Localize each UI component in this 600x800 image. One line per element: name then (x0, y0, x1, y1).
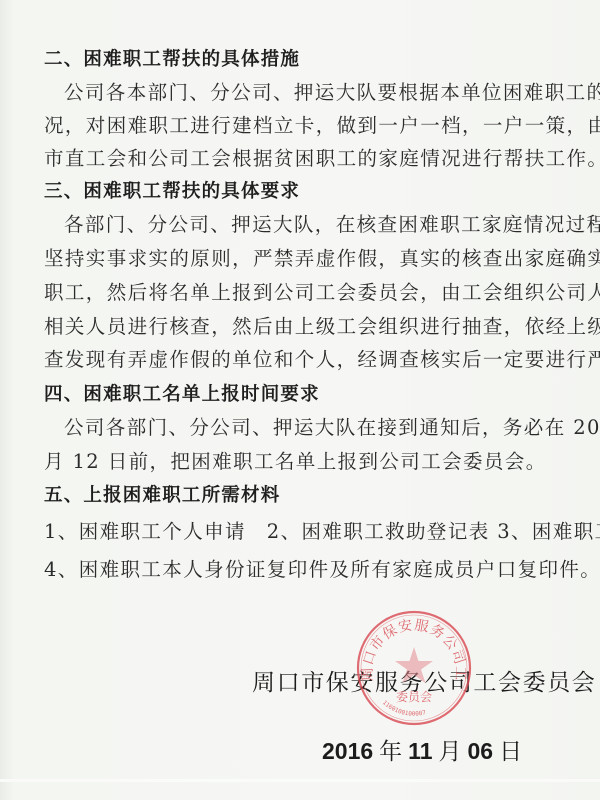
section-heading-5: 五、上报困难职工所需材料 (44, 484, 574, 508)
paragraph-line: 坚持实事求实的原则，严禁弄虚作假，真实的核查出家庭确实困难的 (44, 247, 574, 271)
scan-artifact-line (0, 779, 600, 782)
seal-lower-text: 委员会 (396, 690, 432, 704)
date-month: 11 (408, 738, 432, 764)
date-month-char: 月 (439, 739, 462, 765)
paragraph-line: 市直工会和公司工会根据贫困职工的家庭情况进行帮扶工作。 (44, 147, 574, 171)
date-day: 06 (468, 738, 494, 764)
materials-list-line: 4、困难职工本人身份证复印件及所有家庭成员户口复印件。 (44, 558, 574, 582)
official-seal-stamp-icon: 周口市保安服务公司工会委员会 委员会 1160100100007 (355, 609, 473, 727)
section-heading-2: 二、困难职工帮扶的具体措施 (44, 48, 574, 72)
date-year-char: 年 (379, 739, 402, 765)
document-date: 2016年11月06日 (322, 733, 528, 766)
section-heading-4: 四、困难职工名单上报时间要求 (44, 383, 574, 407)
section-heading-3: 三、困难职工帮扶的具体要求 (44, 180, 574, 204)
seal-star-icon (395, 647, 433, 683)
date-day-char: 日 (499, 739, 522, 765)
paragraph-line: 查发现有弄虚作假的单位和个人，经调查核实后一定要进行严肃处理。 (44, 348, 574, 372)
paragraph-line: 各部门、分公司、押运大队，在核查困难职工家庭情况过程中，要 (64, 213, 594, 237)
paragraph-line: 职工，然后将名单上报到公司工会委员会，由工会组织公司人事部门 (44, 281, 574, 305)
paragraph-line: 公司各部门、分公司、押运大队在接到通知后，务必在 2016 年 11 (64, 416, 594, 440)
paragraph-line: 况，对困难职工进行建档立卡，做到一户一档，一户一策，由周口市 (44, 114, 574, 138)
date-year: 2016 (322, 738, 373, 764)
paragraph-line: 月 12 日前，把困难职工名单上报到公司工会委员会。 (44, 450, 574, 474)
scanned-document-page: 二、困难职工帮扶的具体措施 公司各本部门、分公司、押运大队要根据本单位困难职工的… (0, 0, 600, 800)
materials-list-line: 1、困难职工个人申请 2、困难职工救助登记表 3、困难职工档案表 (44, 520, 574, 544)
paragraph-line: 公司各本部门、分公司、押运大队要根据本单位困难职工的实际情 (64, 81, 594, 105)
paragraph-line: 相关人员进行核查，然后由上级工会组织进行抽查，依经上级工会抽 (44, 315, 574, 339)
